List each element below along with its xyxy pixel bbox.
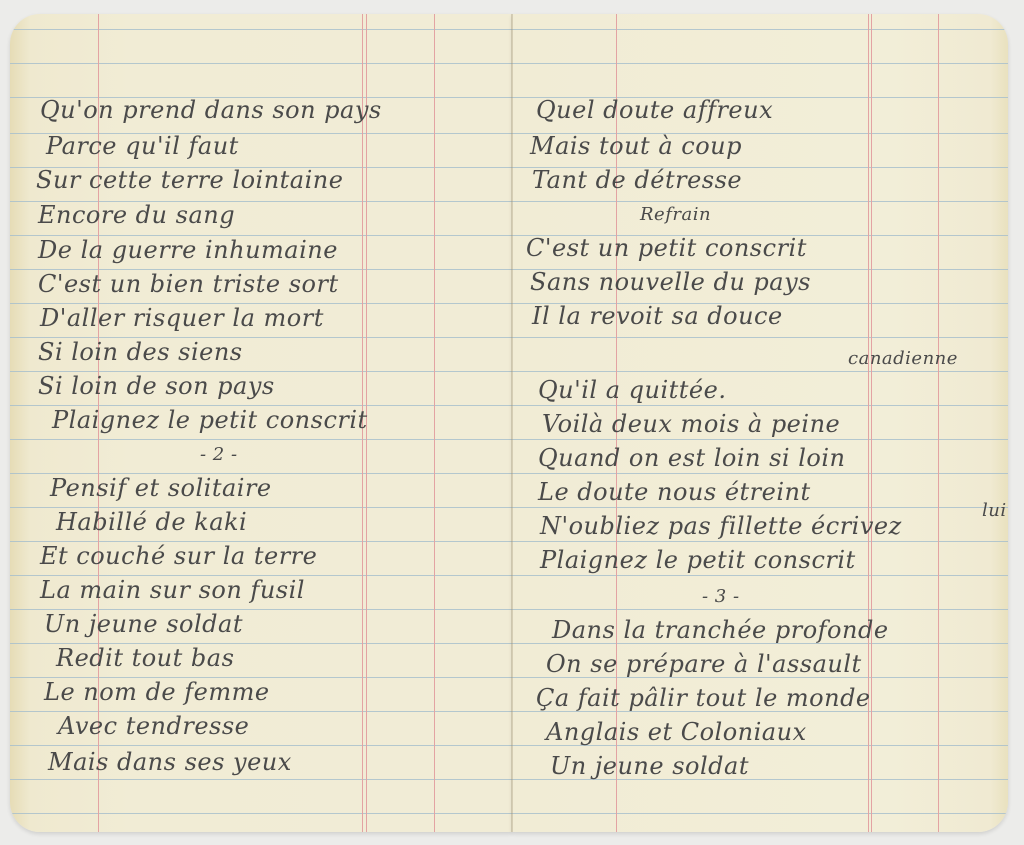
handwritten-line: Qu'il a quittée. — [538, 376, 726, 404]
handwritten-line: D'aller risquer la mort — [40, 304, 324, 332]
handwritten-line: Tant de détresse — [532, 166, 742, 194]
handwritten-line: Et couché sur la terre — [40, 542, 317, 570]
handwritten-line: Si loin de son pays — [38, 372, 275, 400]
handwritten-line: Plaignez le petit conscrit — [52, 406, 368, 434]
handwritten-line: Qu'on prend dans son pays — [40, 96, 382, 124]
handwritten-line: C'est un bien triste sort — [38, 270, 339, 298]
handwritten-line: Redit tout bas — [56, 644, 234, 672]
handwritten-line: N'oubliez pas fillette écrivez — [540, 512, 902, 540]
handwritten-line: Pensif et solitaire — [50, 474, 272, 502]
handwritten-line: lui — [982, 500, 1007, 521]
handwritten-line: Refrain — [640, 204, 711, 225]
handwritten-line: - 2 - — [200, 444, 238, 465]
handwritten-line: Dans la tranchée profonde — [552, 616, 889, 644]
handwritten-line: Anglais et Coloniaux — [546, 718, 807, 746]
handwritten-line: Si loin des siens — [38, 338, 243, 366]
handwritten-line: Mais tout à coup — [530, 132, 742, 160]
handwritten-line: Avec tendresse — [58, 712, 249, 740]
handwritten-line: Voilà deux mois à peine — [542, 410, 840, 438]
handwritten-line: Mais dans ses yeux — [48, 748, 292, 776]
page-gutter — [511, 14, 513, 832]
left-page-text: Qu'on prend dans son paysParce qu'il fau… — [10, 14, 512, 832]
handwritten-line: La main sur son fusil — [40, 576, 305, 604]
handwritten-line: Un jeune soldat — [44, 610, 243, 638]
handwritten-line: C'est un petit conscrit — [526, 234, 807, 262]
right-page: Quel doute affreuxMais tout à coupTant d… — [512, 14, 1008, 832]
handwritten-line: Un jeune soldat — [550, 752, 749, 780]
handwritten-line: On se prépare à l'assault — [546, 650, 862, 678]
handwritten-line: canadienne — [848, 348, 958, 369]
handwritten-line: Plaignez le petit conscrit — [540, 546, 856, 574]
notebook-spread: Qu'on prend dans son paysParce qu'il fau… — [10, 14, 1008, 832]
right-page-text: Quel doute affreuxMais tout à coupTant d… — [512, 14, 1008, 832]
handwritten-line: Encore du sang — [38, 201, 235, 229]
handwritten-line: Il la revoit sa douce — [532, 302, 783, 330]
handwritten-line: Le nom de femme — [44, 678, 270, 706]
handwritten-line: Habillé de kaki — [56, 508, 247, 536]
handwritten-line: - 3 - — [702, 586, 740, 607]
handwritten-line: Le doute nous étreint — [538, 478, 811, 506]
handwritten-line: Parce qu'il faut — [46, 132, 239, 160]
handwritten-line: Quand on est loin si loin — [538, 444, 845, 472]
left-page: Qu'on prend dans son paysParce qu'il fau… — [10, 14, 512, 832]
handwritten-line: Quel doute affreux — [536, 96, 773, 124]
handwritten-line: Sur cette terre lointaine — [36, 166, 343, 194]
handwritten-line: Ça fait pâlir tout le monde — [536, 684, 871, 712]
handwritten-line: Sans nouvelle du pays — [530, 268, 811, 296]
handwritten-line: De la guerre inhumaine — [38, 236, 338, 264]
